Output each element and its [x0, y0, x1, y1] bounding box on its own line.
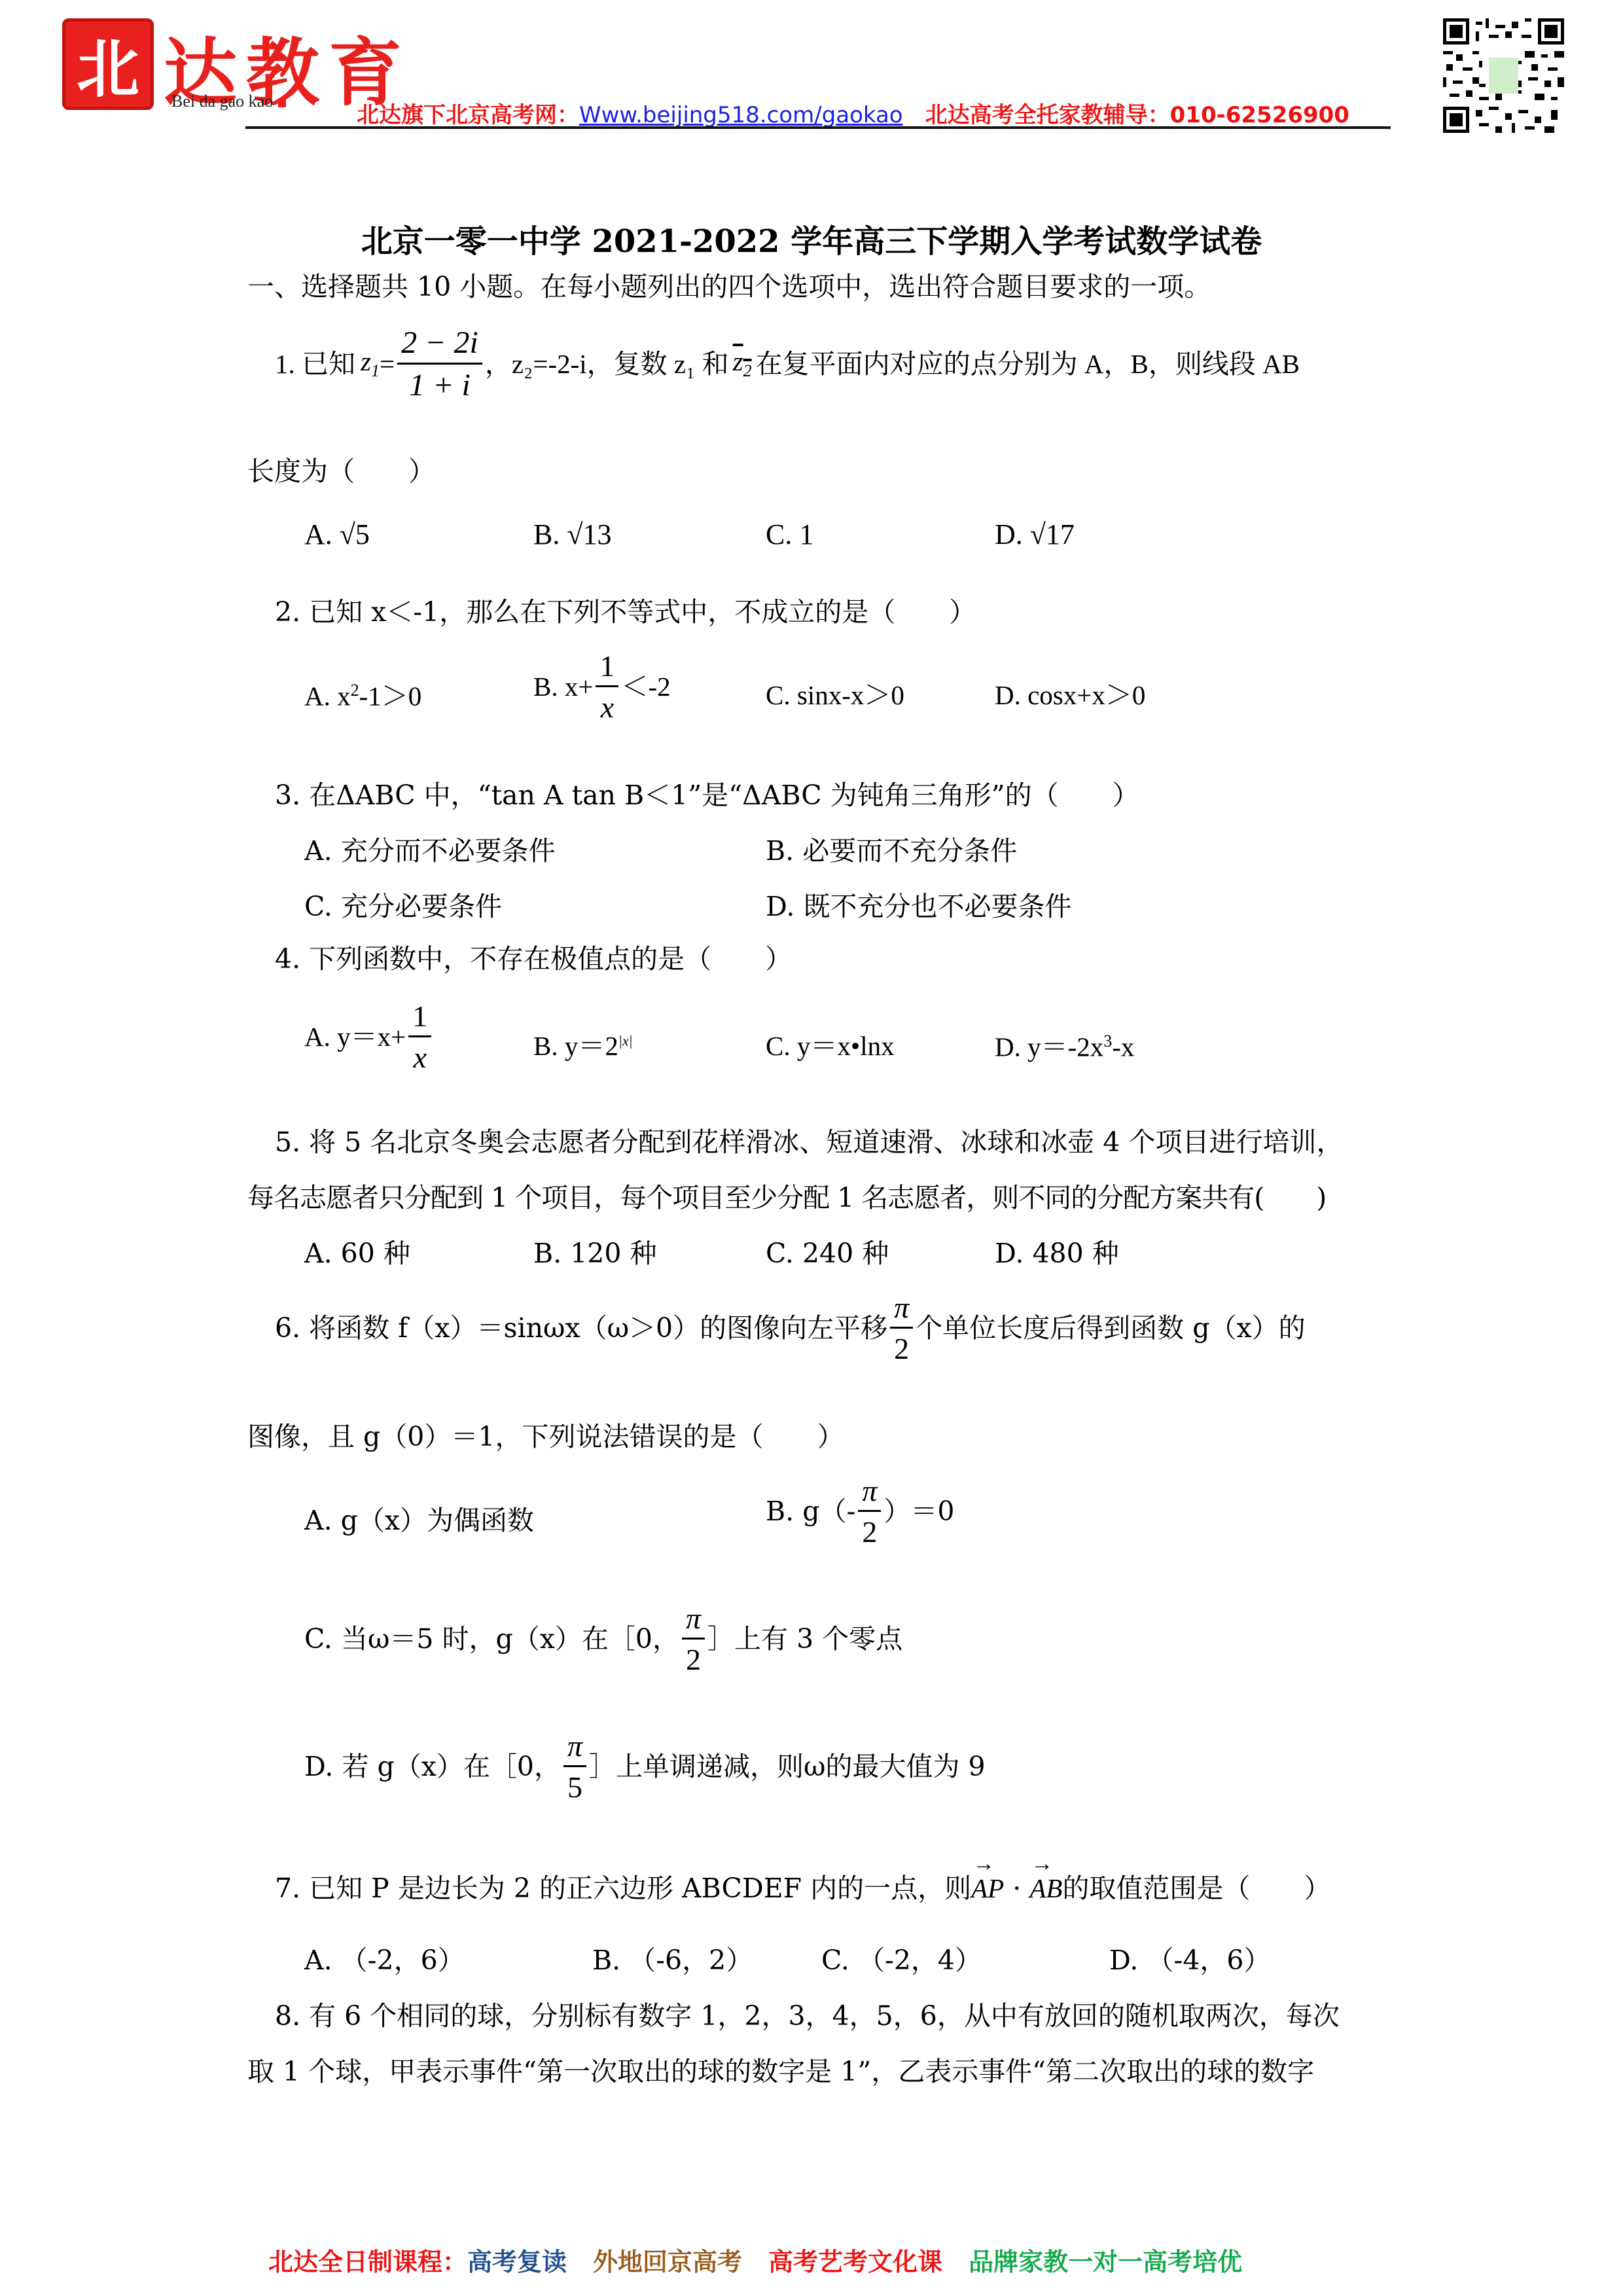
section-heading: 一、选择题共 10 小题。在每小题列出的四个选项中，选出符合题目要求的一项。: [247, 274, 1211, 300]
contact-prefix: 北达旗下北京高考网：: [357, 102, 579, 128]
q1-option-d[interactable]: D. √17: [995, 520, 1075, 549]
q5-option-c[interactable]: C. 240 种: [766, 1240, 889, 1267]
question-6-stem: 6. 将函数 f（x）＝sinωx（ω＞0）的图像向左平移 π2 个单位长度后得…: [275, 1293, 1306, 1364]
q6-option-b[interactable]: B. g（-π2）＝0: [766, 1476, 954, 1547]
vector-ap: AP: [971, 1875, 1004, 1902]
contact-line: 北达旗下北京高考网：Www.beijing518.com/gaokao北达高考全…: [357, 97, 1349, 129]
q2-option-d[interactable]: D. cosx+x＞0: [995, 682, 1145, 709]
question-5-line1: 5. 将 5 名北京冬奥会志愿者分配到花样滑冰、短道速滑、冰球和冰壶 4 个项目…: [275, 1129, 1343, 1156]
q2-option-c[interactable]: C. sinx-x＞0: [766, 682, 904, 709]
question-8-line2: 取 1 个球，甲表示事件“第一次取出的球的数字是 1”，乙表示事件“第二次取出的…: [247, 2058, 1314, 2085]
header-rule: [245, 126, 1391, 129]
q1-fraction: 2 − 2i1 + i: [397, 327, 482, 401]
logo-subtitle: Bei da gao kao: [171, 92, 286, 111]
logo-square-icon: [278, 98, 286, 107]
question-7-stem: 7. 已知 P 是边长为 2 的正六边形 ABCDEF 内的一点，则AP · A…: [275, 1875, 1330, 1902]
q2-option-a[interactable]: A. x2-1＞0: [304, 682, 421, 710]
question-5-line2: 每名志愿者只分配到 1 个项目，每个项目至少分配 1 名志愿者，则不同的分配方案…: [247, 1185, 1326, 1211]
q4-option-d[interactable]: D. y＝-2x3-x: [995, 1033, 1134, 1061]
q1-z1: z: [361, 346, 371, 376]
question-3-stem: 3. 在ΔABC 中，“tan A tan B＜1”是“ΔABC 为钝角三角形”…: [275, 782, 1139, 809]
q2-option-b[interactable]: B. x+1x＜-2: [533, 651, 671, 723]
logo-seal: 北: [62, 18, 154, 110]
q1-option-b[interactable]: B. √13: [533, 520, 612, 549]
website-link[interactable]: Www.beijing518.com/gaokao: [579, 102, 903, 128]
q5-option-d[interactable]: D. 480 种: [995, 1240, 1119, 1267]
q7-option-a[interactable]: A. （-2，6）: [304, 1947, 465, 1974]
q3-option-a[interactable]: A. 充分而不必要条件: [304, 838, 556, 865]
q5-option-a[interactable]: A. 60 种: [304, 1240, 410, 1267]
footer-item-return[interactable]: 外地回京高考: [593, 2248, 742, 2276]
question-4-stem: 4. 下列函数中，不存在极值点的是（ ）: [275, 946, 792, 973]
qr-code-icon[interactable]: [1443, 18, 1564, 133]
question-1-stem: 1. 已知 z1 = 2 − 2i1 + i ，z₂=-2-i，复数 z₁ 和 …: [275, 327, 1300, 401]
q6-option-c[interactable]: C. 当ω＝5 时，g（x）在［0，π2］上有 3 个零点: [304, 1604, 902, 1675]
q6-option-a[interactable]: A. g（x）为偶函数: [304, 1507, 534, 1534]
q7-option-b[interactable]: B. （-6，2）: [592, 1947, 753, 1974]
q1-z2-conj: z: [733, 346, 743, 376]
q7-option-c[interactable]: C. （-2，4）: [821, 1947, 982, 1974]
logo-subtitle-text: Bei da gao kao: [171, 92, 273, 111]
q5-option-b[interactable]: B. 120 种: [533, 1240, 656, 1267]
q1-mid: ，z₂=-2-i，复数 z₁ 和: [485, 351, 729, 378]
question-1-line2: 长度为（ ）: [247, 458, 435, 485]
q3-option-d[interactable]: D. 既不充分也不必要条件: [766, 893, 1071, 920]
q7-option-d[interactable]: D. （-4，6）: [1109, 1947, 1271, 1974]
footer-label: 北达全日制课程：: [268, 2248, 467, 2276]
footer-courses: 北达全日制课程：高考复读外地回京高考高考艺考文化课品牌家教一对一高考培优: [268, 2242, 1242, 2278]
q4-option-b[interactable]: B. y＝2|x|: [533, 1033, 633, 1060]
hotline-label: 北达高考全托家教辅导：: [925, 102, 1170, 128]
hotline-number: 010-62526900: [1170, 102, 1349, 128]
q3-option-b[interactable]: B. 必要而不充分条件: [766, 838, 1017, 865]
q4-option-a[interactable]: A. y＝x+1x: [304, 1001, 434, 1073]
question-6-line2: 图像，且 g（0）＝1，下列说法错误的是（ ）: [247, 1424, 844, 1450]
page-title: 北京一零一中学 2021-2022 学年高三下学期入学考试数学试卷: [0, 216, 1623, 261]
question-2-stem: 2. 已知 x＜-1，那么在下列不等式中，不成立的是（ ）: [275, 599, 976, 626]
q1-option-a[interactable]: A. √5: [304, 520, 370, 549]
q3-option-c[interactable]: C. 充分必要条件: [304, 893, 502, 920]
q1-z1-sub: 1: [371, 362, 380, 381]
q4-option-c[interactable]: C. y＝x•lnx: [766, 1033, 895, 1060]
question-8-line1: 8. 有 6 个相同的球，分别标有数字 1，2，3，4，5，6，从中有放回的随机…: [275, 2003, 1340, 2030]
q6-option-d[interactable]: D. 若 g（x）在［0，π5］上单调递减，则ω的最大值为 9: [304, 1731, 986, 1803]
footer-item-art[interactable]: 高考艺考文化课: [768, 2248, 942, 2276]
q1-prefix: 1. 已知: [275, 351, 355, 378]
q1-post: 在复平面内对应的点分别为 A，B，则线段 AB: [756, 351, 1300, 378]
footer-item-tutoring[interactable]: 品牌家教一对一高考培优: [969, 2248, 1242, 2276]
q1-equals: =: [380, 351, 395, 378]
q1-option-c[interactable]: C. 1: [766, 520, 813, 549]
vector-ab: AB: [1029, 1875, 1062, 1902]
footer-item-repeat[interactable]: 高考复读: [467, 2248, 567, 2276]
logo-seal-char: 北: [77, 20, 139, 109]
